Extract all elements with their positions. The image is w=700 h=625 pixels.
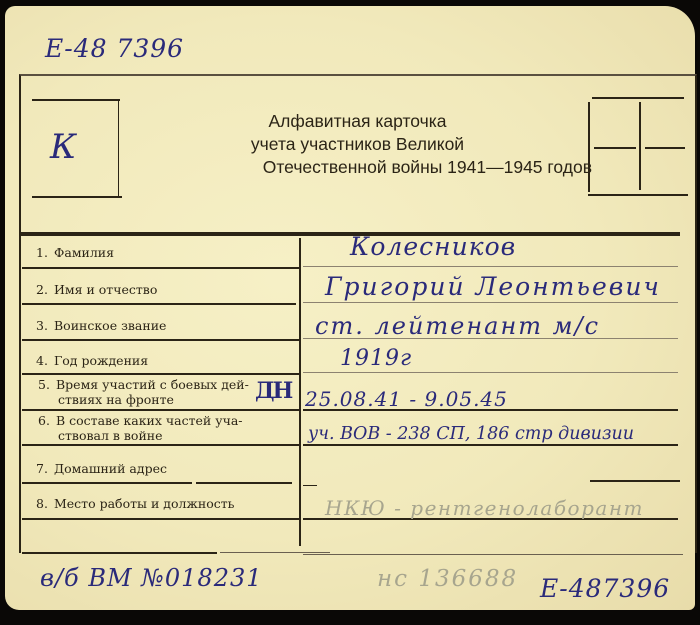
military-id-number: в/б ВМ №018231 — [40, 564, 263, 592]
field-value-surname: Колесников — [350, 232, 516, 261]
title-line-1: Алфавитная карточка — [120, 110, 595, 133]
faint-reference-number: нс 136688 — [377, 566, 518, 592]
classification-box — [588, 97, 688, 197]
field-value-service-period: 25.08.41 - 9.05.45 — [305, 387, 508, 411]
title-line-2: учета участников Великой — [120, 133, 595, 156]
index-letter-box: К — [32, 99, 120, 199]
field-value-birth-year: 1919г — [340, 346, 412, 371]
field-label-address: 7. Домашний адрес — [36, 461, 167, 476]
field-label-rank: 3. Воинское звание — [36, 318, 166, 333]
field-value-units: уч. ВОВ - 238 СП, 186 стр дивизии — [308, 424, 634, 444]
margin-mark: ДН — [255, 378, 291, 404]
field-label-service-period: 5. Время участий с боевых дей- ствиях на… — [38, 377, 249, 407]
field-value-rank: ст. лейтенант м/с — [315, 312, 600, 340]
field-label-units: 6. В составе каких частей уча- ствовал в… — [38, 413, 243, 443]
field-label-name: 2. Имя и отчество — [36, 282, 157, 297]
field-label-workplace: 8. Место работы и должность — [36, 496, 234, 511]
card-title: Алфавитная карточка учета участников Вел… — [120, 110, 595, 179]
index-letter: К — [50, 127, 77, 167]
title-line-3: Отечественной войны 1941—1945 годов — [120, 156, 595, 179]
field-value-name: Григорий Леонтьевич — [325, 272, 661, 301]
field-value-workplace: НКЮ - рентгенолаборант — [325, 496, 644, 520]
field-label-surname: 1. Фамилия — [36, 245, 114, 260]
column-divider — [299, 238, 301, 546]
bottom-card-number: Е-487396 — [540, 574, 670, 603]
field-label-birth-year: 4. Год рождения — [36, 353, 148, 368]
registration-card: Е-48 7396 К Алфавитная карточка учета уч… — [5, 6, 695, 610]
top-card-number: Е-48 7396 — [45, 34, 184, 63]
